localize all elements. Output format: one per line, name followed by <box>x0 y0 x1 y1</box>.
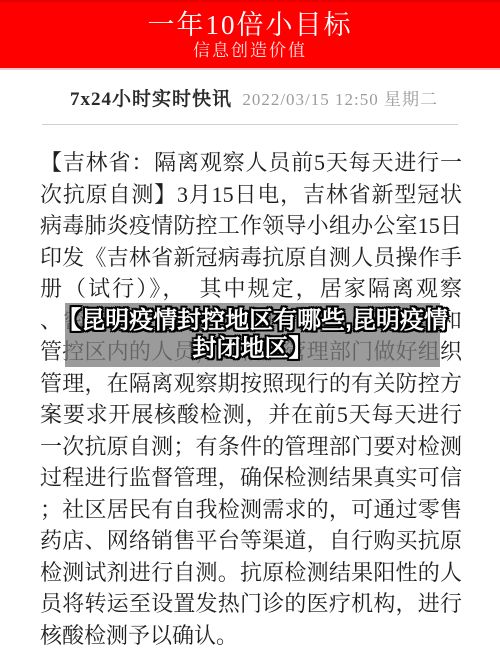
news-flash-card: 一年10倍小目标 信息创造价值 7x24小时实时快讯 2022/03/15 12… <box>0 0 500 671</box>
article-line: 印发《吉林省新冠病毒抗原自测人员操作手 <box>40 242 462 274</box>
article-line: ；社区居民有自我检测需求的，可通过零售 <box>40 494 462 526</box>
article-line: 检测试剂进行自测。抗原检测结果阳性的人 <box>40 557 462 589</box>
channel-name: 7x24小时实时快讯 <box>70 84 232 111</box>
article-line: 【吉林省：隔离观察人员前5天每天进行一 <box>40 147 462 179</box>
caption-line: 封闭地区】 <box>193 335 313 363</box>
keyword-caption-overlay: 【昆明疫情封控地区有哪些,昆明疫情 封闭地区】 <box>65 303 440 367</box>
caption-line: 【昆明疫情封控地区有哪些,昆明疫情 <box>57 307 448 335</box>
article-body: 【吉林省：隔离观察人员前5天每天进行一 次抗原自测】3月15日电，吉林省新型冠状… <box>0 125 500 651</box>
site-banner: 一年10倍小目标 信息创造价值 <box>0 0 500 70</box>
article-line: 一次抗原自测；有条件的管理部门要对检测 <box>40 431 462 463</box>
article-line: 案要求开展核酸检测，并在前5天每天进行 <box>40 399 462 431</box>
article-line: 次抗原自测】3月15日电，吉林省新型冠状 <box>40 179 462 211</box>
article-line: 病毒肺炎疫情防控工作领导小组办公室15日 <box>40 210 462 242</box>
article-line: 员将转运至设置发热门诊的医疗机构，进行 <box>40 588 462 620</box>
article-line: 核酸检测予以确认。 <box>40 620 462 652</box>
site-title: 一年10倍小目标 <box>148 12 353 39</box>
article-line: 过程进行监督管理，确保检测结果真实可信 <box>40 462 462 494</box>
article-line: 药店、网络销售平台等渠道，自行购买抗原 <box>40 525 462 557</box>
article-line: 册（试行）》， 其中规定，居家隔离观察 <box>40 273 462 305</box>
timestamp: 2022/03/15 12:50 星期二 <box>242 85 438 110</box>
site-slogan: 信息创造价值 <box>193 42 307 59</box>
feed-header: 7x24小时实时快讯 2022/03/15 12:50 星期二 <box>0 70 500 124</box>
article-line: 管理，在隔离观察期按照现行的有关防控方 <box>40 368 462 400</box>
